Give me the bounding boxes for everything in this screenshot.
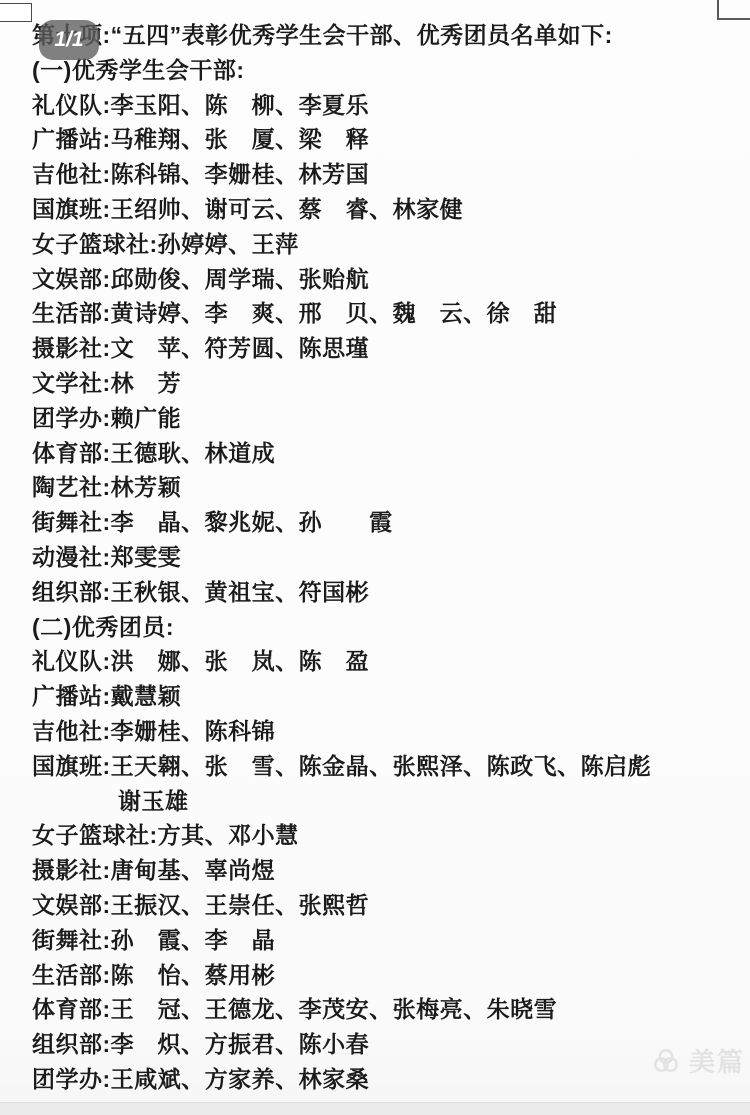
roster-line: 团学办:王咸斌、方家养、林家桑 — [32, 1062, 732, 1097]
names-text: 陈 怡、蔡用彬 — [111, 962, 276, 988]
document-body: 第十项:“五四”表彰优秀学生会干部、优秀团员名单如下: (一)优秀学生会干部:礼… — [32, 18, 732, 1097]
group-label: 广播站: — [32, 126, 111, 152]
roster-line: 国旗班:王天翱、张 雪、陈金晶、张熙泽、陈政飞、陈启彪 — [32, 749, 732, 784]
roster-line: 女子篮球社:孙婷婷、王萍 — [32, 227, 732, 262]
page-indicator-text: 1/1 — [54, 28, 83, 52]
scan-bottom-edge — [0, 1102, 750, 1115]
names-text: 王秋银、黄祖宝、符国彬 — [111, 579, 370, 605]
group-label: 女子篮球社: — [32, 822, 158, 848]
roster-line: 团学办:赖广能 — [32, 401, 732, 436]
names-text: 赖广能 — [111, 405, 182, 431]
group-label: 礼仪队: — [32, 92, 111, 118]
group-label: 街舞社: — [32, 927, 111, 953]
names-text: 方其、邓小慧 — [158, 822, 299, 848]
scan-corner-mark-top-right — [717, 0, 750, 20]
roster-line: 女子篮球社:方其、邓小慧 — [32, 818, 732, 853]
document-page: 第十项:“五四”表彰优秀学生会干部、优秀团员名单如下: (一)优秀学生会干部:礼… — [0, 0, 750, 1115]
roster-line: 摄影社:文 苹、符芳圆、陈思瑾 — [32, 331, 732, 366]
group-label: 国旗班: — [32, 196, 111, 222]
group-label: 摄影社: — [32, 335, 111, 361]
roster-line-continuation: 谢玉雄 — [32, 784, 732, 819]
roster-line: 文学社:林 芳 — [32, 366, 732, 401]
watermark-brand-text: 美篇 — [689, 1042, 745, 1079]
names-text: 文 苹、符芳圆、陈思瑾 — [111, 335, 370, 361]
names-text: 戴慧颖 — [111, 683, 182, 709]
group-label: 生活部: — [32, 300, 111, 326]
names-text: 王绍帅、谢可云、蔡 睿、林家健 — [111, 196, 464, 222]
names-text: 王咸斌、方家养、林家桑 — [111, 1066, 370, 1092]
group-label: 组织部: — [32, 579, 111, 605]
names-text: 王振汉、王崇任、张熙哲 — [111, 892, 370, 918]
roster-line: 国旗班:王绍帅、谢可云、蔡 睿、林家健 — [32, 192, 732, 227]
roster-line: 组织部:王秋银、黄祖宝、符国彬 — [32, 575, 732, 610]
group-label: 吉他社: — [32, 161, 111, 187]
meipian-logo-icon — [651, 1046, 681, 1076]
names-text: 郑雯雯 — [111, 544, 182, 570]
roster-line: 广播站:马稚翔、张 厦、梁 释 — [32, 122, 732, 157]
group-label: 国旗班: — [32, 753, 111, 779]
names-text: 邱勋俊、周学瑞、张贻航 — [111, 266, 370, 292]
roster-line: 吉他社:李姗桂、陈科锦 — [32, 714, 732, 749]
roster-line: 生活部:黄诗婷、李 爽、邢 贝、魏 云、徐 甜 — [32, 296, 732, 331]
roster-line: 街舞社:孙 霞、李 晶 — [32, 923, 732, 958]
names-text: 王德耿、林道成 — [111, 440, 276, 466]
names-text: 李 晶、黎兆妮、孙 霞 — [111, 509, 393, 535]
roster-line: 生活部:陈 怡、蔡用彬 — [32, 958, 732, 993]
names-text: 李姗桂、陈科锦 — [111, 718, 276, 744]
names-text: 孙 霞、李 晶 — [111, 927, 276, 953]
roster-line: 体育部:王 冠、王德龙、李茂安、张梅亮、朱晓雪 — [32, 992, 732, 1027]
group-label: 吉他社: — [32, 718, 111, 744]
section-heading: (二)优秀团员: — [32, 610, 732, 645]
section-heading: (一)优秀学生会干部: — [32, 53, 732, 88]
group-label: 生活部: — [32, 962, 111, 988]
group-label: 女子篮球社: — [32, 231, 158, 257]
group-label: 广播站: — [32, 683, 111, 709]
page-indicator-badge: 1/1 — [39, 20, 99, 60]
names-text: 王 冠、王德龙、李茂安、张梅亮、朱晓雪 — [111, 996, 558, 1022]
names-text: 李 炽、方振君、陈小春 — [111, 1031, 370, 1057]
roster-line: 街舞社:李 晶、黎兆妮、孙 霞 — [32, 505, 732, 540]
roster-line: 广播站:戴慧颖 — [32, 679, 732, 714]
names-text: 洪 娜、张 岚、陈 盈 — [111, 648, 370, 674]
group-label: 礼仪队: — [32, 648, 111, 674]
roster-line: 文娱部:邱勋俊、周学瑞、张贻航 — [32, 262, 732, 297]
roster-line: 组织部:李 炽、方振君、陈小春 — [32, 1027, 732, 1062]
names-text: 王天翱、张 雪、陈金晶、张熙泽、陈政飞、陈启彪 — [111, 753, 652, 779]
group-label: 团学办: — [32, 405, 111, 431]
roster-line: 体育部:王德耿、林道成 — [32, 436, 732, 471]
roster-line: 吉他社:陈科锦、李姗桂、林芳国 — [32, 157, 732, 192]
group-label: 街舞社: — [32, 509, 111, 535]
group-label: 体育部: — [32, 996, 111, 1022]
group-label: 文娱部: — [32, 892, 111, 918]
group-label: 摄影社: — [32, 857, 111, 883]
names-text: 李玉阳、陈 柳、李夏乐 — [111, 92, 370, 118]
roster-line: 礼仪队:李玉阳、陈 柳、李夏乐 — [32, 88, 732, 123]
group-label: 陶艺社: — [32, 474, 111, 500]
names-text: 孙婷婷、王萍 — [158, 231, 299, 257]
roster-line: 动漫社:郑雯雯 — [32, 540, 732, 575]
scan-corner-mark-top-left — [0, 3, 32, 22]
roster-lines: (一)优秀学生会干部:礼仪队:李玉阳、陈 柳、李夏乐广播站:马稚翔、张 厦、梁 … — [32, 53, 732, 1097]
group-label: 动漫社: — [32, 544, 111, 570]
group-label: 文娱部: — [32, 266, 111, 292]
roster-line: 陶艺社:林芳颖 — [32, 470, 732, 505]
group-label: 组织部: — [32, 1031, 111, 1057]
group-label: 文学社: — [32, 370, 111, 396]
document-title: 第十项:“五四”表彰优秀学生会干部、优秀团员名单如下: — [32, 18, 732, 53]
names-text: 林 芳 — [111, 370, 182, 396]
names-text: 唐甸基、辜尚煜 — [111, 857, 276, 883]
roster-line: 文娱部:王振汉、王崇任、张熙哲 — [32, 888, 732, 923]
names-text: 林芳颖 — [111, 474, 182, 500]
roster-line: 礼仪队:洪 娜、张 岚、陈 盈 — [32, 644, 732, 679]
names-text: 陈科锦、李姗桂、林芳国 — [111, 161, 370, 187]
watermark: 美篇 — [651, 1042, 745, 1079]
roster-line: 摄影社:唐甸基、辜尚煜 — [32, 853, 732, 888]
names-text: 马稚翔、张 厦、梁 释 — [111, 126, 370, 152]
group-label: 团学办: — [32, 1066, 111, 1092]
names-text: 黄诗婷、李 爽、邢 贝、魏 云、徐 甜 — [111, 300, 558, 326]
group-label: 体育部: — [32, 440, 111, 466]
